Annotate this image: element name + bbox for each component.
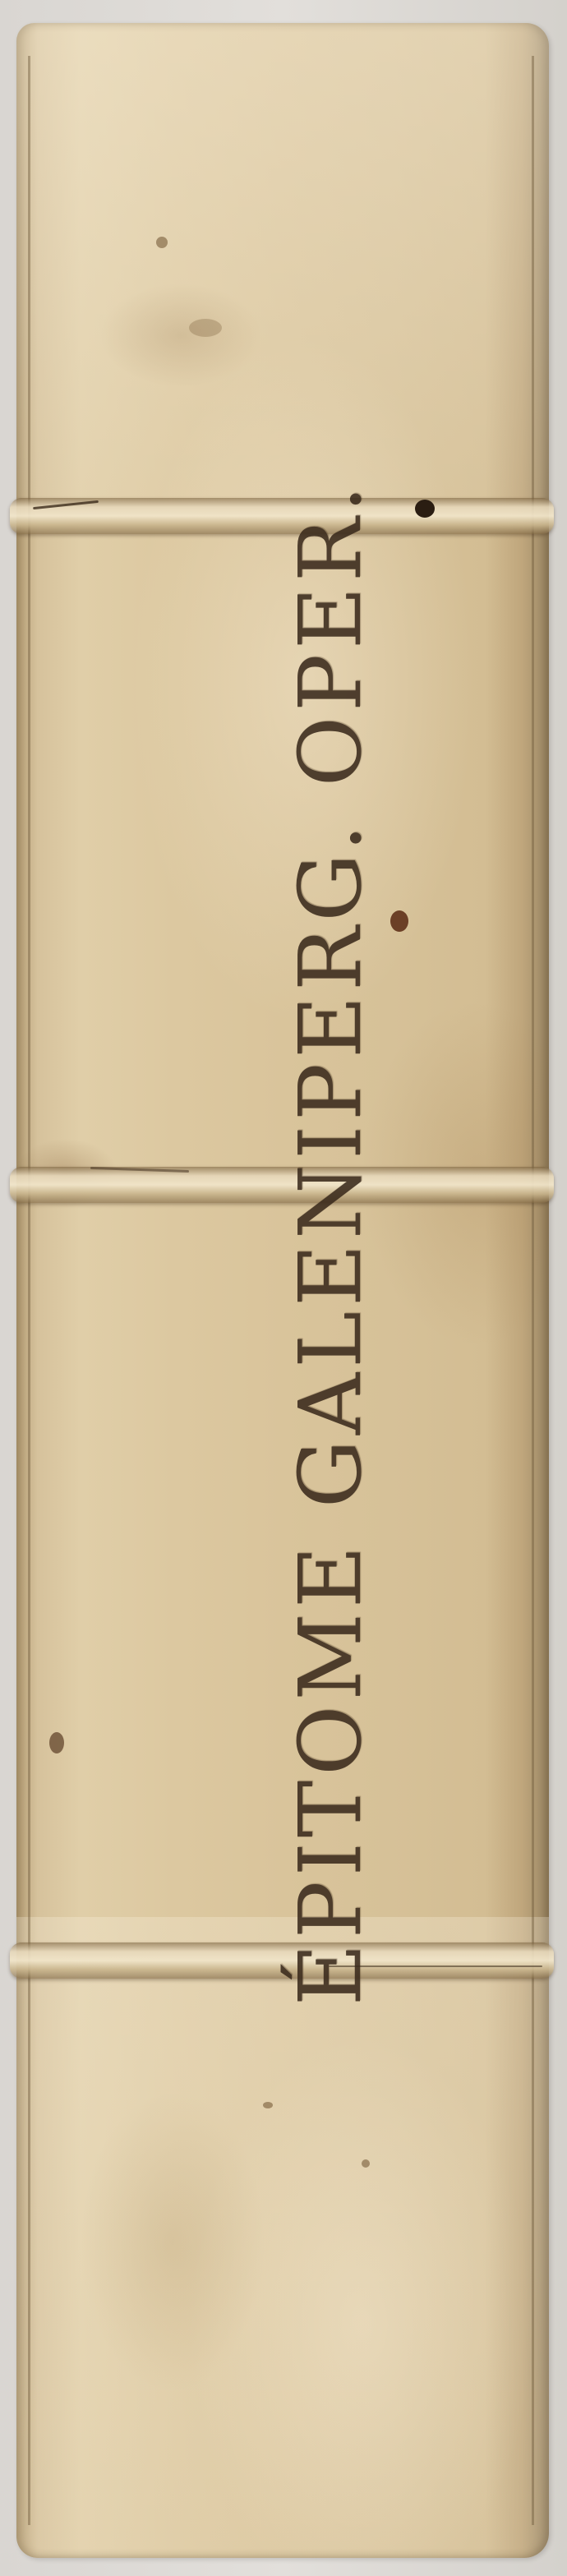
stain-spot [49,1732,64,1753]
stain-spot [156,237,168,248]
spine-title: ÉPITOMEGALENIPERG.OPER. [280,481,380,2006]
spine-left-edge [28,56,30,2525]
spine-top-panel [16,23,549,516]
stain-spot [263,2102,273,2108]
title-word-perg: PERG. [280,819,380,1121]
stain-spot [362,2159,370,2168]
title-word-galeni: GALENI [280,1121,380,1508]
title-word-epitome: ÉPITOME [280,1541,380,2006]
stain-spot [189,319,222,337]
book-spine: ÉPITOMEGALENIPERG.OPER. [16,23,549,2558]
title-word-oper: OPER. [280,481,380,787]
spine-right-edge [532,56,534,2525]
spine-title-area: ÉPITOMEGALENIPERG.OPER. [232,467,429,2020]
